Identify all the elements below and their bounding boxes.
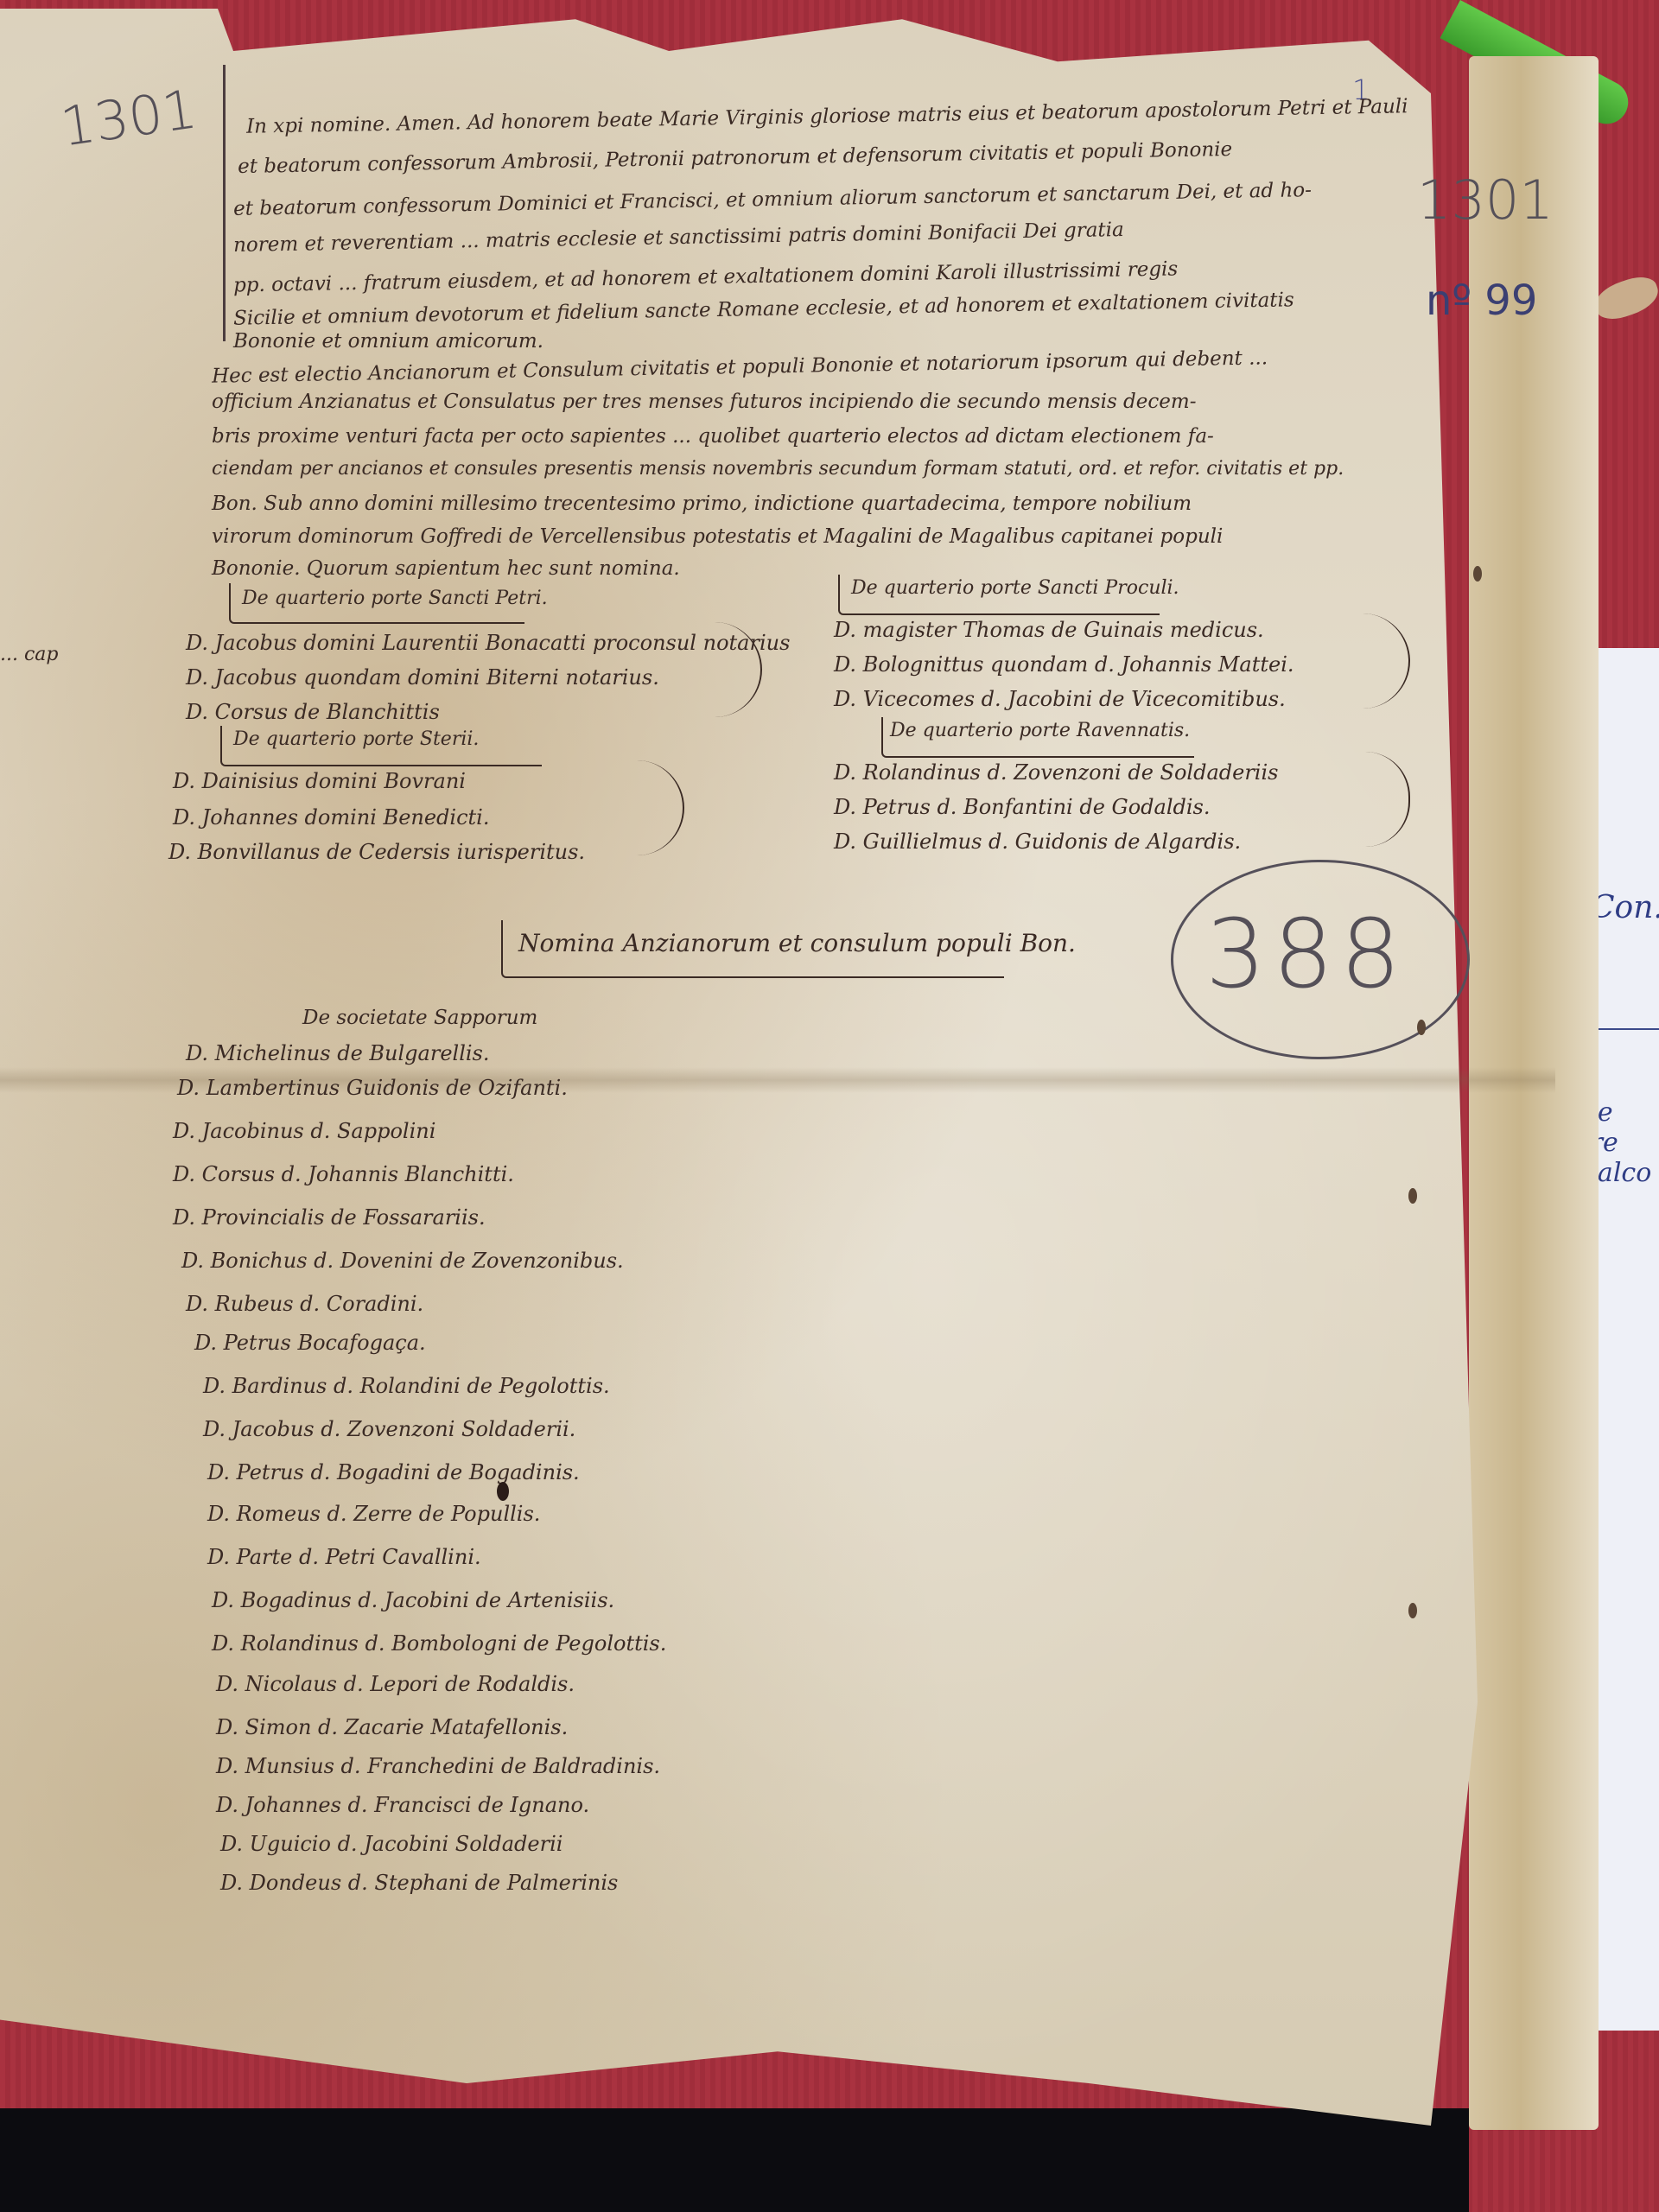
paper-note-1: Con... xyxy=(1591,890,1659,925)
dark-underlay xyxy=(0,2108,1469,2212)
list-item: D. Petrus d. Bogadini de Bogadinis. xyxy=(207,1460,580,1484)
list-item: D. Lambertinus Guidonis de Ozifanti. xyxy=(177,1076,568,1100)
list-item: D. Bardinus d. Rolandini de Pegolottis. xyxy=(203,1374,610,1398)
list-item: D. Johannes d. Francisci de Ignano. xyxy=(216,1793,589,1817)
list-item: D. Rubeus d. Coradini. xyxy=(186,1292,423,1316)
list-item: D. Bonichus d. Dovenini de Zovenzonibus. xyxy=(181,1249,624,1273)
list-item: D. Bogadinus d. Jacobini de Artenisiis. xyxy=(212,1588,614,1612)
quarter-entry: D. Guillielmus d. Guidonis de Algardis. xyxy=(834,829,1241,854)
quarter-entry: D. Johannes domini Benedicti. xyxy=(173,805,489,829)
preamble-line: Bon. Sub anno domini millesimo trecentes… xyxy=(212,493,1192,515)
quarter-heading: De quarterio porte Ravennatis. xyxy=(890,720,1190,741)
list-item: D. Corsus d. Johannis Blanchitti. xyxy=(173,1162,514,1186)
ballpoint-number-label: nº 99 xyxy=(1426,276,1537,325)
list-item: D. Nicolaus d. Lepori de Rodaldis. xyxy=(216,1672,575,1696)
pencil-year-right: 1301 xyxy=(1417,168,1554,232)
parchment-hole xyxy=(1408,1603,1417,1618)
list-item: D. Jacobus d. Zovenzoni Soldaderii. xyxy=(203,1417,575,1441)
left-margin-note: ... cap xyxy=(0,644,59,665)
quarter-entry: D. Vicecomes d. Jacobini de Vicecomitibu… xyxy=(834,687,1286,711)
quarter-entry: D. Bonvillanus de Cedersis iurisperitus. xyxy=(168,840,585,864)
parchment-hole xyxy=(1408,1188,1417,1204)
preamble-line: virorum dominorum Goffredi de Vercellens… xyxy=(212,525,1223,548)
list-item: D. Petrus Bocafogaça. xyxy=(194,1331,426,1355)
preamble-line: Bononie et omnium amicorum. xyxy=(233,330,543,353)
quarter-entry: D. Corsus de Blanchittis xyxy=(186,700,440,724)
quarter-entry: D. magister Thomas de Guinais medicus. xyxy=(834,618,1264,642)
quarter-entry: D. Jacobus quondam domini Biterni notari… xyxy=(186,665,659,690)
list-item: D. Parte d. Petri Cavallini. xyxy=(207,1545,481,1569)
quarter-entry: D. Bolognittus quondam d. Johannis Matte… xyxy=(834,652,1294,677)
grouping-brace xyxy=(622,622,762,717)
margin-rule xyxy=(223,65,226,341)
parchment-hole xyxy=(1417,1020,1426,1035)
quarter-entry: D. Dainisius domini Bovrani xyxy=(173,769,466,793)
list-item: D. Dondeus d. Stephani de Palmerinis xyxy=(220,1871,618,1895)
list-item: D. Jacobinus d. Sappolini xyxy=(173,1119,435,1143)
quarter-entry: D. Petrus d. Bonfantini de Godaldis. xyxy=(834,795,1210,819)
parchment-guard-strip xyxy=(1469,56,1599,2130)
list-item: D. Rolandinus d. Bombologni de Pegolotti… xyxy=(212,1631,666,1656)
list-item: D. Provincialis de Fossarariis. xyxy=(173,1205,486,1230)
anziani-consuls-heading: Nomina Anzianorum et consulum populi Bon… xyxy=(518,929,1076,957)
quarter-heading: De quarterio porte Sterii. xyxy=(233,728,479,750)
preamble-line: ciendam per ancianos et consules present… xyxy=(212,458,1344,480)
list-item: D. Simon d. Zacarie Matafellonis. xyxy=(216,1715,568,1739)
preamble-line: Bononie. Quorum sapientum hec sunt nomin… xyxy=(212,557,680,580)
quarter-entry: D. Rolandinus d. Zovenzoni de Soldaderii… xyxy=(834,760,1278,785)
ink-blot xyxy=(497,1482,509,1501)
preamble-line: officium Anzianatus et Consulatus per tr… xyxy=(212,391,1196,413)
list-item: D. Munsius d. Franchedini de Baldradinis… xyxy=(216,1754,660,1778)
list-item: D. Romeus d. Zerre de Popullis. xyxy=(207,1502,540,1526)
list-item: D. Uguicio d. Jacobini Soldaderii xyxy=(220,1832,563,1856)
quarter-heading: De quarterio porte Sancti Petri. xyxy=(242,588,548,609)
society-heading: De societate Sapporum xyxy=(302,1007,537,1029)
quarter-heading: De quarterio porte Sancti Proculi. xyxy=(851,577,1179,599)
list-item: D. Michelinus de Bulgarellis. xyxy=(186,1041,490,1065)
parchment-hole xyxy=(1473,566,1482,582)
preamble-line: bris proxime venturi facta per octo sapi… xyxy=(212,425,1214,448)
catalog-number: 388 xyxy=(1205,899,1408,1009)
